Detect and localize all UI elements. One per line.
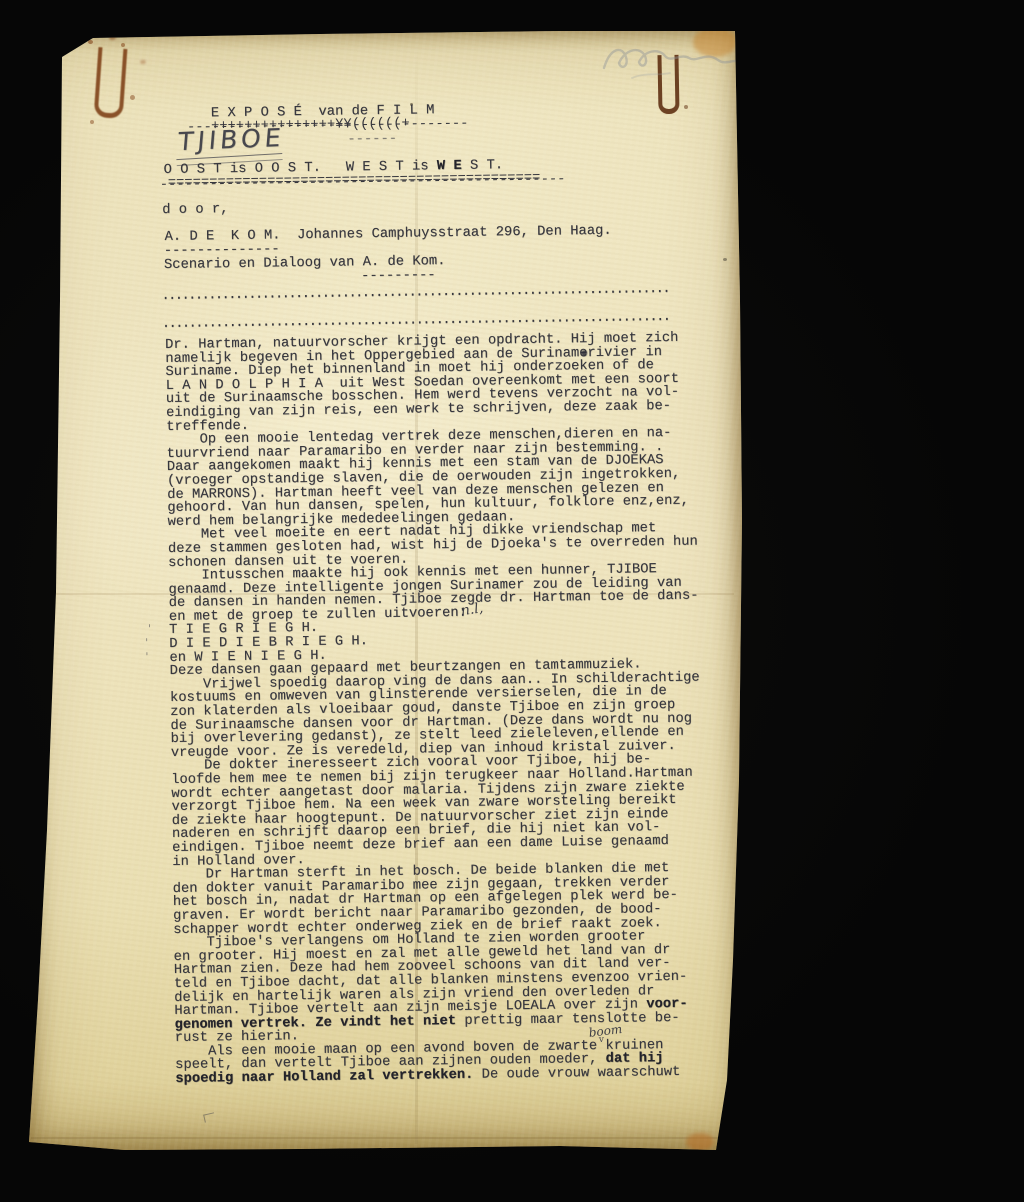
dotted-rule-2: ........................................… <box>162 311 670 332</box>
insertion-caret: v <box>599 1035 604 1045</box>
faint-dashes: ------ <box>347 133 397 147</box>
document-page: E X P O S É van de F I L M -------------… <box>29 31 742 1150</box>
handwritten-note-nl: n.l, <box>460 600 484 619</box>
margin-pen-mark <box>203 1112 215 1122</box>
typed-segment: prettig maar tenslotte be- <box>456 1011 680 1029</box>
typed-segment: De oude vrouw waarschuwt <box>473 1065 680 1083</box>
byline-door: d o o r, <box>162 203 228 218</box>
author-address-line: A. D E K O M. Johannes Camphuysstraat 29… <box>164 225 611 245</box>
typed-segment-bold: spoedig naar Holland zal vertrekken. <box>175 1068 473 1087</box>
scenario-underline: --------- <box>361 269 436 284</box>
pen-tick: ' <box>148 622 151 635</box>
handwritten-title: TJIBOE <box>177 123 286 156</box>
ink-blot <box>581 350 587 356</box>
body-text: Dr. Hartman, natuurvorscher krijgt een o… <box>165 332 705 1087</box>
pen-tick: ' <box>145 650 148 663</box>
typed-content: E X P O S É van de F I L M -------------… <box>25 23 754 1152</box>
dotted-rule-1: ........................................… <box>161 283 669 304</box>
pen-tick: ' <box>145 636 148 649</box>
scan-background: E X P O S É van de F I L M -------------… <box>0 0 1024 1202</box>
